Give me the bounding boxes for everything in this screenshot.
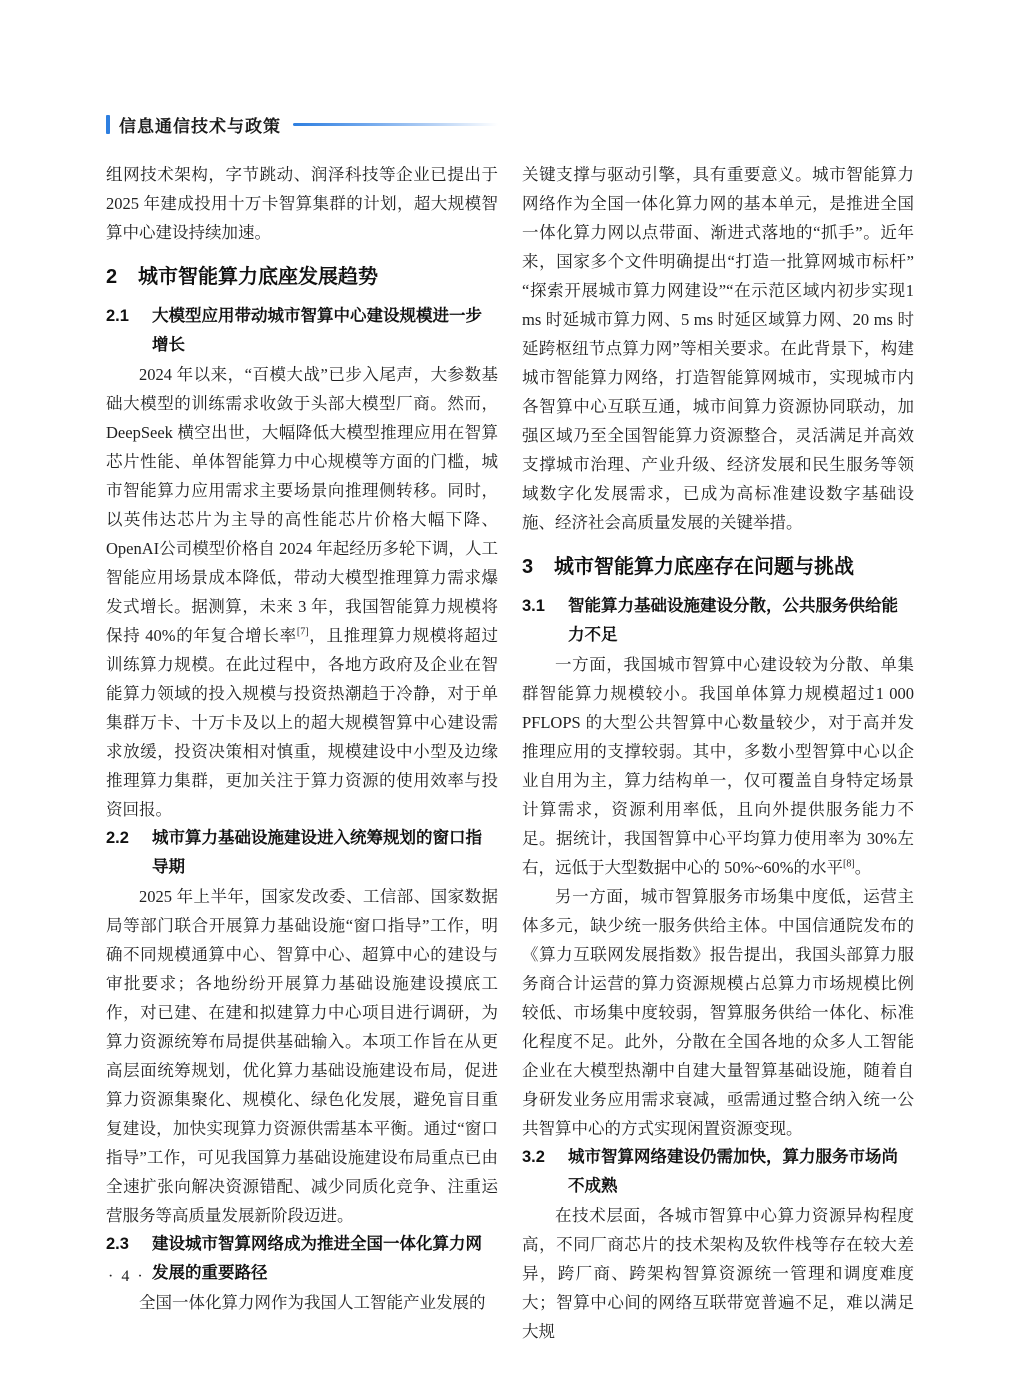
paragraph: 2024 年以来，“百模大战”已步入尾声，大参数基础大模型的训练需求收敛于头部大… (106, 360, 498, 824)
journal-header: 信息通信技术与政策 (106, 112, 498, 137)
heading-title: 建设城市智算网络成为推进全国一体化算力网发展的重要路径 (152, 1235, 482, 1282)
heading-number: 3.2 (522, 1143, 568, 1172)
subsection-heading: 3.2城市智算网络建设仍需加快，算力服务市场尚不成熟 (522, 1143, 914, 1201)
page-number: · 4 · (108, 1268, 145, 1286)
text-run: 。 (855, 858, 872, 877)
heading-number: 2.1 (106, 302, 152, 331)
heading-number: 2 (106, 262, 138, 292)
subsection-heading: 2.2城市算力基础设施建设进入统筹规划的窗口指导期 (106, 824, 498, 882)
subsection-heading: 2.1大模型应用带动城市智算中心建设规模进一步增长 (106, 302, 498, 360)
paragraph: 组网技术架构，字节跳动、润泽科技等企业已提出于2025 年建成投用十万卡智算集群… (106, 160, 498, 247)
journal-title: 信息通信技术与政策 (119, 112, 281, 137)
text-run: 组网技术架构，字节跳动、润泽科技等企业已提出于2025 年建成投用十万卡智算集群… (106, 165, 498, 242)
text-run: 在技术层面，各城市智算中心算力资源异构程度高，不同厂商芯片的技术架构及软件栈等存… (522, 1206, 914, 1341)
heading-number: 2.3 (106, 1230, 152, 1259)
text-run: ，且推理算力规模将超过训练算力规模。在此过程中，各地方政府及企业在智能算力领域的… (106, 626, 498, 819)
header-gradient-rule (293, 123, 498, 126)
paragraph: 全国一体化算力网作为我国人工智能产业发展的 (106, 1288, 498, 1317)
heading-number: 2.2 (106, 824, 152, 853)
text-run: 全国一体化算力网作为我国人工智能产业发展的 (139, 1293, 486, 1312)
heading-number: 3.1 (522, 592, 568, 621)
reference-superscript: [8] (843, 859, 855, 870)
text-run: 另一方面，城市智算服务市场集中度低，运营主体多元，缺少统一服务供给主体。中国信通… (522, 887, 914, 1138)
right-text-column: 关键支撑与驱动引擎，具有重要意义。城市智能算力网络作为全国一体化算力网的基本单元… (522, 160, 914, 1346)
heading-number: 3 (522, 552, 554, 582)
document-page: 信息通信技术与政策 组网技术架构，字节跳动、润泽科技等企业已提出于2025 年建… (0, 0, 1020, 1375)
reference-superscript: [7] (297, 627, 309, 638)
text-run: 关键支撑与驱动引擎，具有重要意义。城市智能算力网络作为全国一体化算力网的基本单元… (522, 165, 914, 532)
heading-title: 城市智算网络建设仍需加快，算力服务市场尚不成熟 (568, 1148, 898, 1195)
paragraph: 2025 年上半年，国家发改委、工信部、国家数据局等部门联合开展算力基础设施“窗… (106, 882, 498, 1230)
left-text-column: 组网技术架构，字节跳动、润泽科技等企业已提出于2025 年建成投用十万卡智算集群… (106, 160, 498, 1317)
heading-title: 智能算力基础设施建设分散，公共服务供给能力不足 (568, 597, 898, 644)
subsection-heading: 2.3建设城市智算网络成为推进全国一体化算力网发展的重要路径 (106, 1230, 498, 1288)
heading-title: 大模型应用带动城市智算中心建设规模进一步增长 (152, 307, 482, 354)
subsection-heading: 3.1智能算力基础设施建设分散，公共服务供给能力不足 (522, 592, 914, 650)
heading-title: 城市智能算力底座存在问题与挑战 (554, 556, 854, 578)
text-run: 2025 年上半年，国家发改委、工信部、国家数据局等部门联合开展算力基础设施“窗… (106, 887, 498, 1225)
paragraph: 关键支撑与驱动引擎，具有重要意义。城市智能算力网络作为全国一体化算力网的基本单元… (522, 160, 914, 537)
text-run: 一方面，我国城市智算中心建设较为分散、单集群智能算力规模较小。我国单体算力规模超… (522, 655, 914, 877)
text-run: 2024 年以来，“百模大战”已步入尾声，大参数基础大模型的训练需求收敛于头部大… (106, 365, 498, 645)
paragraph: 在技术层面，各城市智算中心算力资源异构程度高，不同厂商芯片的技术架构及软件栈等存… (522, 1201, 914, 1346)
paragraph: 一方面，我国城市智算中心建设较为分散、单集群智能算力规模较小。我国单体算力规模超… (522, 650, 914, 882)
accent-bar-icon (106, 115, 110, 134)
section-heading: 2城市智能算力底座发展趋势 (106, 262, 498, 292)
heading-title: 城市算力基础设施建设进入统筹规划的窗口指导期 (152, 829, 482, 876)
paragraph: 另一方面，城市智算服务市场集中度低，运营主体多元，缺少统一服务供给主体。中国信通… (522, 882, 914, 1143)
heading-title: 城市智能算力底座发展趋势 (138, 266, 378, 288)
section-heading: 3城市智能算力底座存在问题与挑战 (522, 552, 914, 582)
